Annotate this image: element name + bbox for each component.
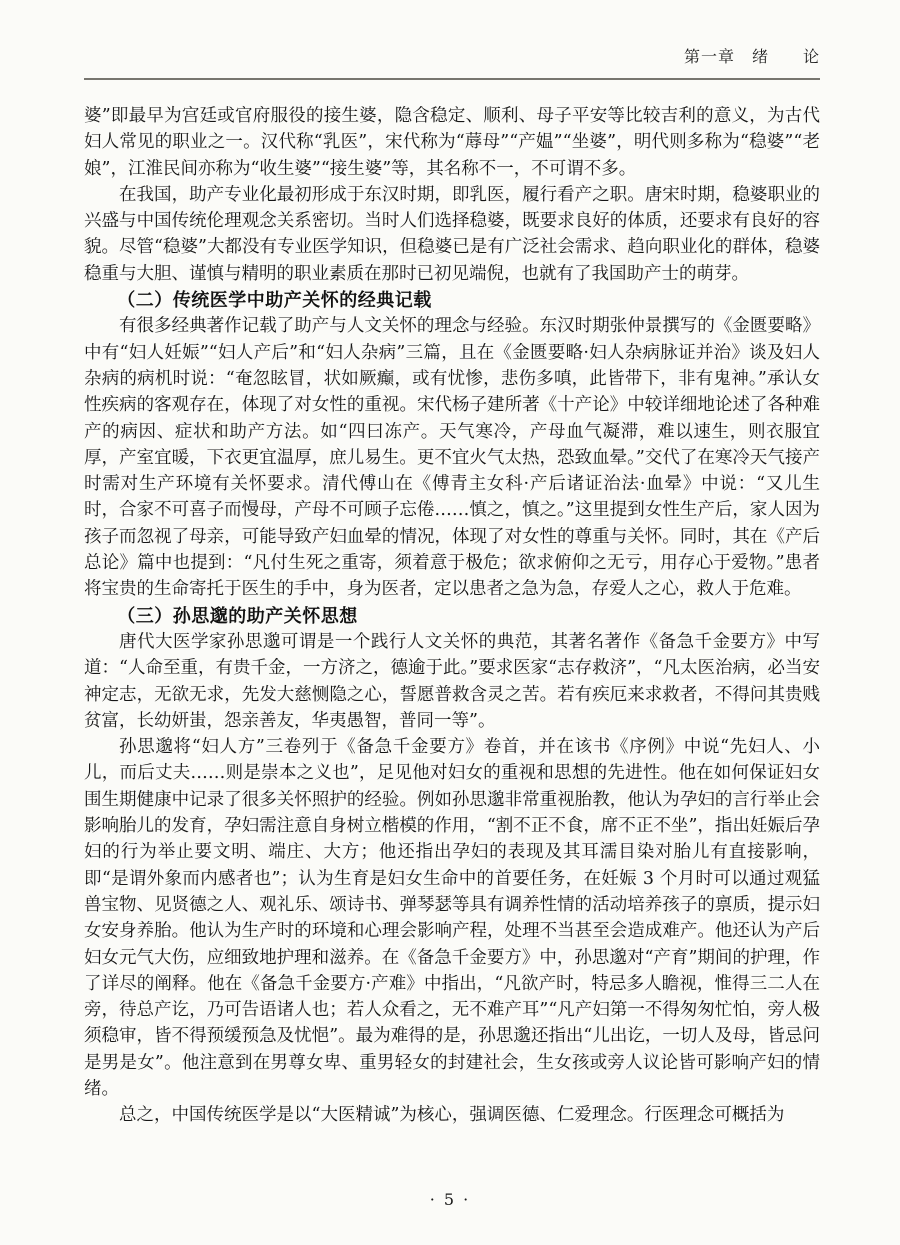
paragraph-midwife-history: 在我国，助产专业化最初形成于东汉时期，即乳医，履行看产之职。唐宋时期，稳婆职业的…	[84, 182, 820, 287]
page-footer: · 5 ·	[0, 1190, 900, 1209]
paragraph-classic-records: 有很多经典著作记载了助产与人文关怀的理念与经验。东汉时期张仲景撰写的《金匮要略》…	[84, 313, 820, 602]
page-header: 第一章 绪 论	[84, 46, 820, 80]
paragraph-sunsimiao-intro: 唐代大医学家孙思邈可谓是一个践行人文关怀的典范，其著名著作《备急千金要方》中写道…	[84, 629, 820, 734]
page-number: · 5 ·	[430, 1190, 471, 1209]
paragraph-summary: 总之，中国传统医学是以“大医精诚”为核心，强调医德、仁爱理念。行医理念可概括为	[84, 1102, 820, 1128]
section-heading-classic-records: （二）传统医学中助产关怀的经典记载	[84, 287, 820, 313]
paragraph-continuation: 婆”即最早为宫廷或官府服役的接生婆，隐含稳定、顺利、母子平安等比较吉利的意义，为…	[84, 103, 820, 182]
paragraph-sunsimiao-care: 孙思邈将“妇人方”三卷列于《备急千金要方》卷首，并在该书《序例》中说“先妇人、小…	[84, 734, 820, 1102]
page-body: 婆”即最早为宫廷或官府服役的接生婆，隐含稳定、顺利、母子平安等比较吉利的意义，为…	[84, 103, 820, 1129]
section-heading-sunsimiao: （三）孙思邈的助产关怀思想	[84, 603, 820, 629]
running-head: 第一章 绪 论	[84, 46, 820, 78]
header-rule	[84, 78, 820, 80]
document-page: 第一章 绪 论 婆”即最早为宫廷或官府服役的接生婆，隐含稳定、顺利、母子平安等比…	[0, 0, 900, 1245]
